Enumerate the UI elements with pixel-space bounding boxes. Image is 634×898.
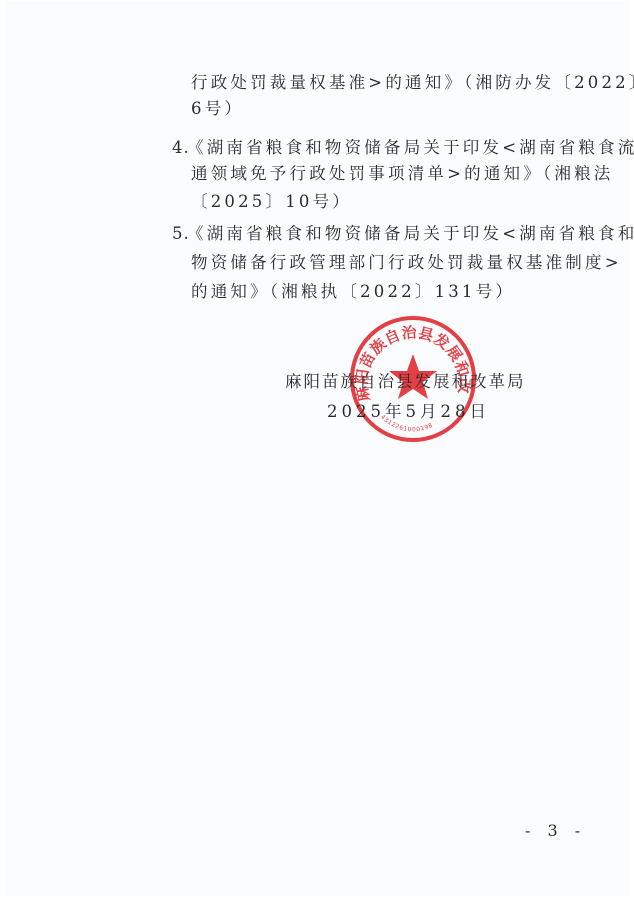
signature-date: 2025年5月28日 bbox=[327, 402, 490, 422]
item-4-line-2: 通领域免予行政处罚事项清单>的通知》（湘粮法 bbox=[191, 164, 613, 184]
item-5-line-3: 的通知》（湘粮执〔2022〕131号） bbox=[191, 282, 515, 302]
item-4-line-1: 《湖南省粮食和物资储备局关于印发<湖南省粮食流 bbox=[187, 138, 634, 158]
page-number: - 3 - bbox=[525, 821, 586, 840]
item-4-line-3: 〔2025〕10号） bbox=[191, 192, 352, 212]
signature-organization: 麻阳苗族自治县发展和改革局 bbox=[285, 372, 526, 392]
continued-item-line-2: 6号） bbox=[191, 99, 244, 119]
document-page: 行政处罚裁量权基准>的通知》（湘防办发〔2022〕 6号） 4. 《湖南省粮食和… bbox=[5, 1, 629, 897]
item-5-line-1: 《湖南省粮食和物资储备局关于印发<湖南省粮食和 bbox=[187, 224, 634, 244]
item-5-line-2: 物资储备行政管理部门行政处罚裁量权基准制度> bbox=[191, 253, 622, 273]
continued-item-line-1: 行政处罚裁量权基准>的通知》（湘防办发〔2022〕 bbox=[191, 73, 634, 93]
